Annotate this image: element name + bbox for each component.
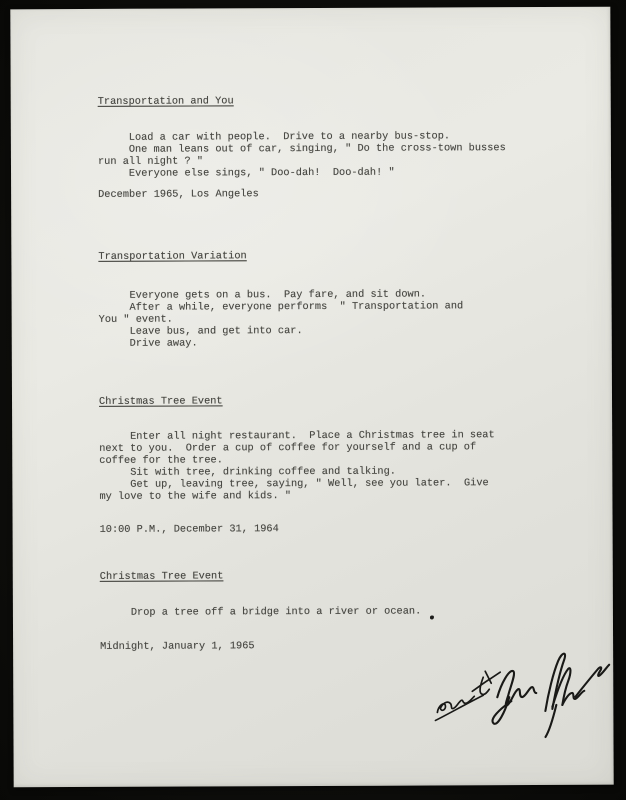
score-date: 10:00 P.M., December 31, 1964 [100,523,279,536]
score-line: Drive away. [99,336,464,350]
section-body: Enter all night restaurant. Place a Chri… [99,429,495,503]
section-heading: Transportation and You [98,95,234,108]
handwritten-events-word [435,671,500,720]
score-date: December 1965, Los Angeles [98,188,259,201]
ink-speck [430,615,434,619]
score-line: After a while, everyone performs " Trans… [99,300,464,314]
artist-signature [492,653,609,737]
score-date: Midnight, January 1, 1965 [100,640,255,653]
section-body: Everyone gets on a bus. Pay fare, and si… [99,288,464,350]
section-body: Load a car with people. Drive to a nearb… [98,130,506,180]
section-body: Drop a tree off a bridge into a river or… [100,606,421,619]
score-line: Get up, leaving tree, saying, " Well, se… [99,477,495,491]
section-heading: Transportation Variation [98,250,246,263]
score-line: next to you. Order a cup of coffee for y… [99,441,495,455]
score-line: Drop a tree off a bridge into a river or… [100,606,421,619]
paper-page: Transportation and You Load a car with p… [10,7,613,788]
score-line: my love to the wife and kids. " [99,489,495,503]
score-line: Everyone else sings, " Doo-dah! Doo-dah!… [98,166,506,180]
score-line: One man leans out of car, singing, " Do … [98,142,506,156]
section-heading: Christmas Tree Event [100,570,224,583]
handwriting-block [415,635,614,756]
section-heading: Christmas Tree Event [99,395,223,408]
document-scan: Transportation and You Load a car with p… [0,0,626,800]
